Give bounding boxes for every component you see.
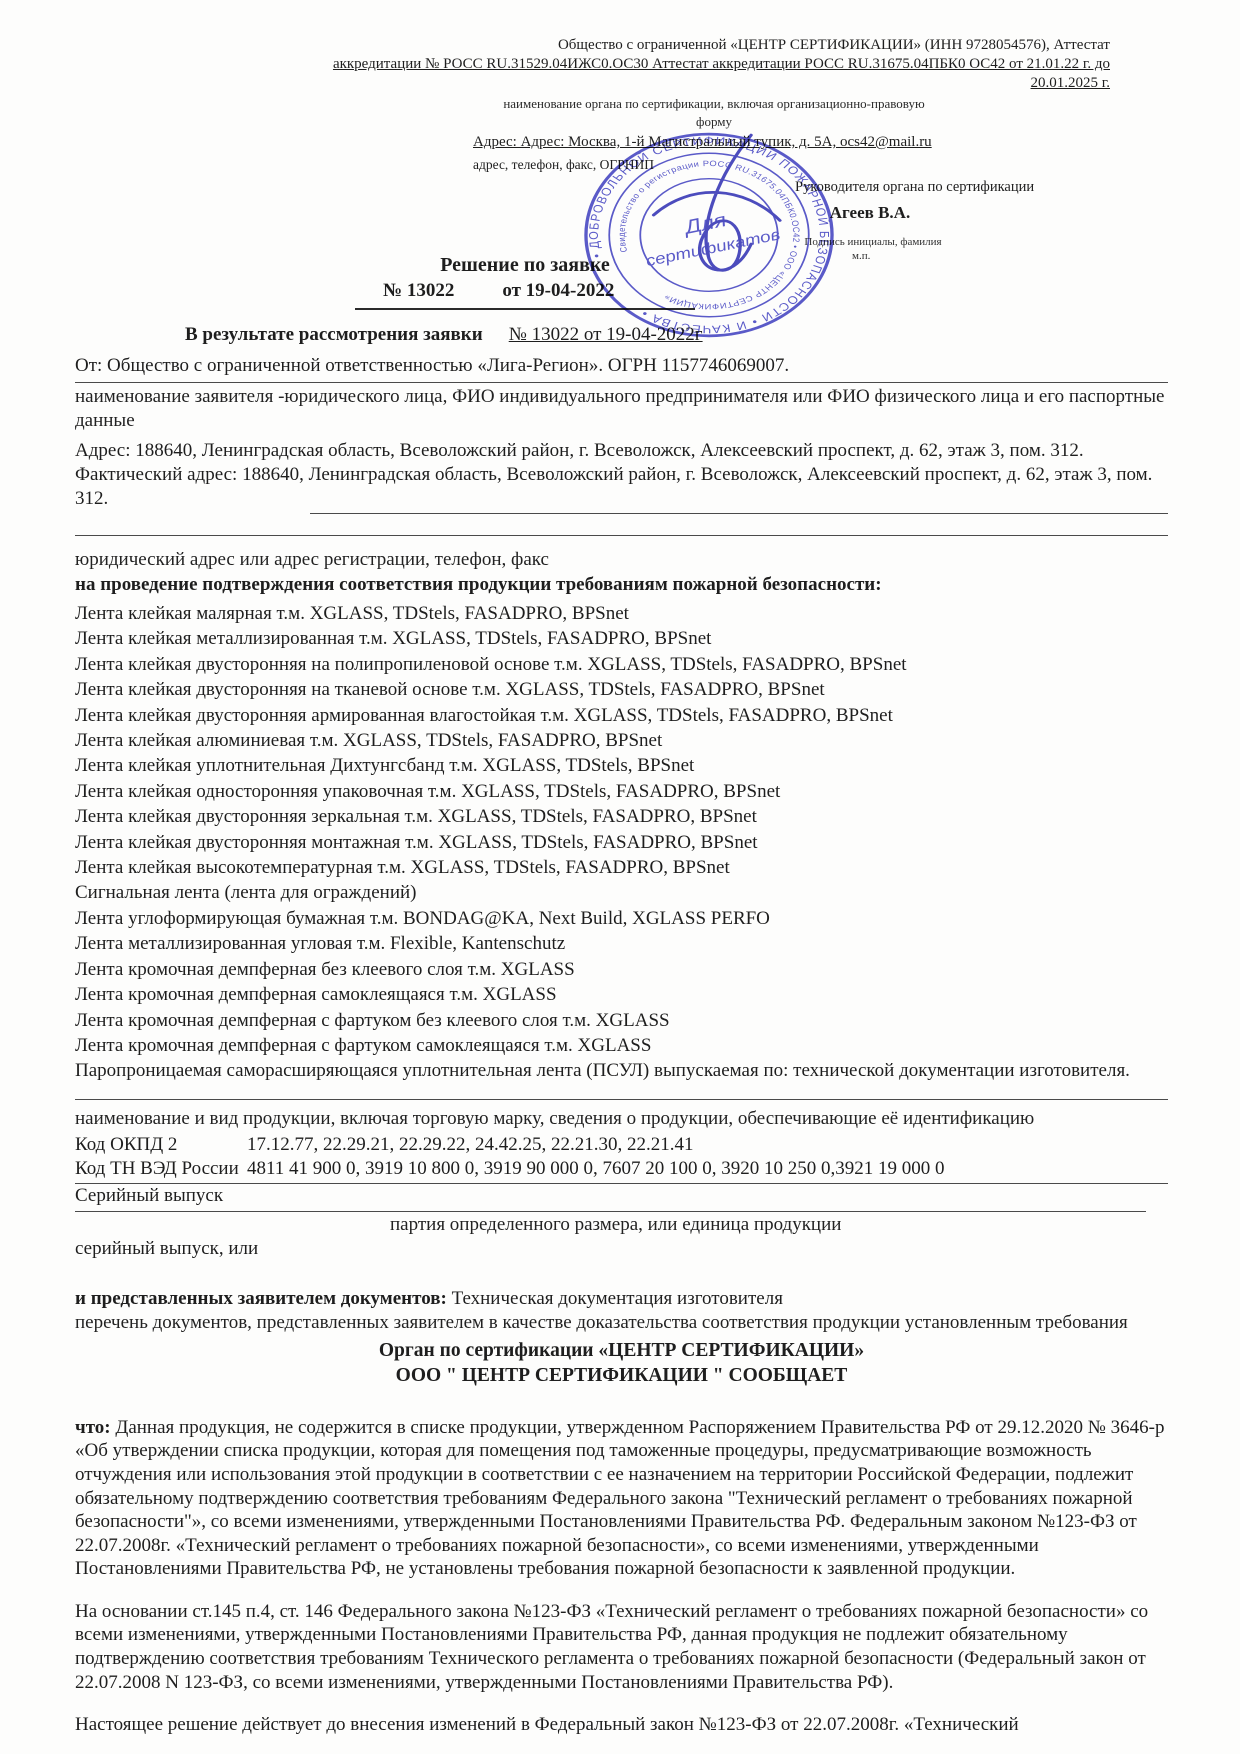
product-line: Лента клейкая уплотнительная Дихтунгсбан… — [75, 753, 1168, 778]
documents-caption: перечень документов, представленных заяв… — [75, 1311, 1168, 1335]
serial-caption: партия определенного размера, или единиц… — [390, 1213, 1168, 1237]
okpd-row: Код ОКПД 2 17.12.77, 22.29.21, 22.29.22,… — [75, 1133, 1168, 1157]
product-line: Лента клейкая двусторонняя на тканевой о… — [75, 677, 1168, 702]
applicant-line: От: Общество с ограниченной ответственно… — [75, 354, 1168, 378]
product-line: Лента углоформирующая бумажная т.м. BOND… — [75, 906, 1168, 931]
okpd-value: 17.12.77, 22.29.21, 22.29.22, 24.42.25, … — [247, 1133, 694, 1157]
product-list: Лента клейкая малярная т.м. XGLASS, TDSt… — [75, 601, 1168, 1084]
divider — [75, 381, 1168, 383]
certification-stamp: • ДОБРОВОЛЬНОЙ СЕРТИФИКАЦИИ ПОЖАРНОЙ БЕЗ… — [576, 126, 842, 344]
product-line: Лента кромочная демпферная с фартуком бе… — [75, 1008, 1168, 1033]
stamp-outer-ring — [576, 126, 842, 344]
product-line: Лента клейкая малярная т.м. XGLASS, TDSt… — [75, 601, 1168, 626]
tnved-label: Код ТН ВЭД России — [75, 1157, 247, 1181]
product-line: Лента клейкая высокотемпературная т.м. X… — [75, 855, 1168, 880]
statement-text-1: Данная продукция, не содержится в списке… — [75, 1417, 1164, 1580]
address-underline — [310, 512, 1168, 514]
products-heading: на проведение подтверждения соответствия… — [75, 573, 1168, 597]
product-line: Лента клейкая двусторонняя монтажная т.м… — [75, 830, 1168, 855]
document-page: Общество с ограниченной «ЦЕНТР СЕРТИФИКА… — [0, 0, 1240, 1754]
tnved-value: 4811 41 900 0, 3919 10 800 0, 3919 90 00… — [247, 1157, 945, 1181]
org-heading-1: Орган по сертификации «ЦЕНТР СЕРТИФИКАЦИ… — [75, 1338, 1168, 1363]
product-line: Лента клейкая алюминиевая т.м. XGLASS, T… — [75, 728, 1168, 753]
product-line: Лента клейкая двусторонняя на полипропил… — [75, 652, 1168, 677]
stamp-outer-text: • ДОБРОВОЛЬНОЙ СЕРТИФИКАЦИИ ПОЖАРНОЙ БЕЗ… — [576, 126, 842, 344]
applicant-caption: наименование заявителя -юридического лиц… — [75, 385, 1168, 433]
product-line: Лента кромочная демпферная без клеевого … — [75, 957, 1168, 982]
statement-paragraph-1: что: Данная продукция, не содержится в с… — [75, 1416, 1168, 1581]
org-caption: наименование органа по сертификации, вкл… — [318, 96, 1110, 111]
decision-number: № 13022 — [383, 279, 454, 303]
divider — [75, 534, 1168, 536]
documents-label: и представленных заявителем документов: — [75, 1288, 447, 1309]
product-line: Сигнальная лента (лента для ограждений) — [75, 880, 1168, 905]
product-line: Лента кромочная демпферная самоклеящаяся… — [75, 982, 1168, 1007]
serial-alt: серийный выпуск, или — [75, 1237, 1168, 1261]
product-line: Лента клейкая односторонняя упаковочная … — [75, 779, 1168, 804]
product-line: Лента клейкая металлизированная т.м. XGL… — [75, 626, 1168, 651]
org-name-line: Общество с ограниченной «ЦЕНТР СЕРТИФИКА… — [318, 36, 1110, 55]
product-line: Лента клейкая двусторонняя армированная … — [75, 703, 1168, 728]
products-caption: наименование и вид продукции, включая то… — [75, 1107, 1168, 1131]
product-line: Лента металлизированная угловая т.м. Fle… — [75, 931, 1168, 956]
org-heading-2: ООО " ЦЕНТР СЕРТИФИКАЦИИ " СООБЩАЕТ — [75, 1363, 1168, 1388]
what-label: что: — [75, 1417, 111, 1438]
divider — [75, 1098, 1168, 1100]
tnved-row: Код ТН ВЭД России 4811 41 900 0, 3919 10… — [75, 1157, 1168, 1184]
product-line: Паропроницаемая саморасширяющаяся уплотн… — [75, 1058, 1168, 1083]
product-line: Лента кромочная демпферная с фартуком са… — [75, 1033, 1168, 1058]
documents-value: Техническая документация изготовителя — [452, 1288, 783, 1309]
accreditation-line: аккредитации № РОСС RU.31529.04ИЖС0.ОС30… — [318, 55, 1110, 93]
statement-paragraph-3: Настоящее решение действует до внесения … — [75, 1713, 1168, 1737]
statement-paragraph-2: На основании ст.145 п.4, ст. 146 Федерал… — [75, 1600, 1168, 1694]
okpd-label: Код ОКПД 2 — [75, 1133, 247, 1157]
document-body: Решение по заявке № 13022 от 19-04-2022 … — [75, 253, 1168, 1754]
address-caption: юридический адрес или адрес регистрации,… — [75, 548, 1168, 572]
product-line: Лента клейкая двусторонняя зеркальная т.… — [75, 804, 1168, 829]
serial-release: Серийный выпуск — [75, 1184, 1146, 1212]
documents-line: и представленных заявителем документов: … — [75, 1287, 1168, 1311]
applicant-address: Адрес: 188640, Ленинградская область, Вс… — [75, 439, 1168, 511]
result-label: В результате рассмотрения заявки — [185, 323, 483, 347]
